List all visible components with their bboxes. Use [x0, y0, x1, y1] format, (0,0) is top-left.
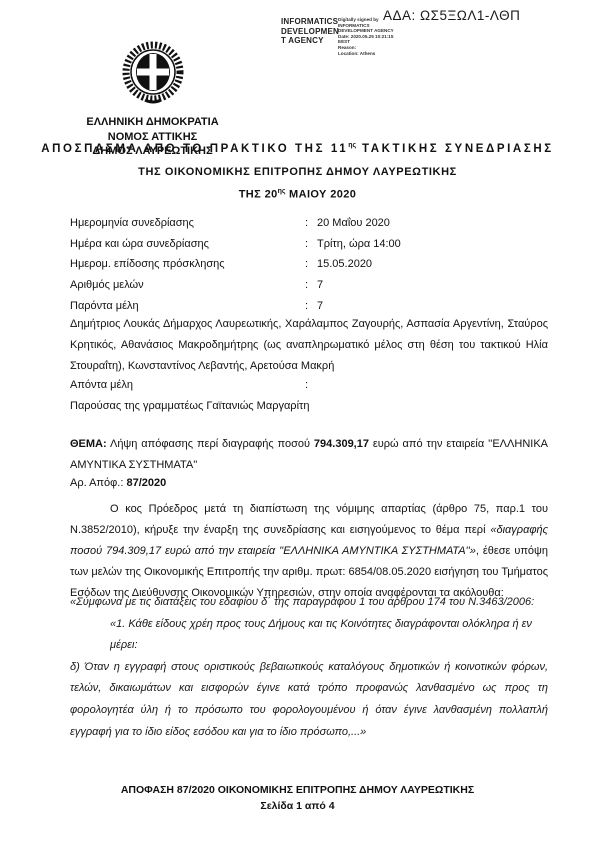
document-page: ΑΔΑ: ΩΣ5ΞΩΛ1-ΛΘΠ INFORMATICS DEVELOPMEN … — [0, 0, 595, 842]
document-title-block: ΑΠΟΣΠΑΣΜΑ ΑΠΟ ΤΟ ΠΡΑΚΤΙΚΟ ΤΗΣ 11ης ΤΑΚΤΙ… — [0, 142, 595, 200]
meta-row-invitation-date: Ημερομ. επίδοσης πρόσκλησης : 15.05.2020 — [70, 258, 548, 279]
footer-decision-line: ΑΠΟΦΑΣΗ 87/2020 ΟΙΚΟΝΟΜΙΚΗΣ ΕΠΙΤΡΟΠΗΣ ΔΗ… — [0, 783, 595, 799]
title-line-2: ΤΗΣ ΟΙΚΟΝΟΜΙΚΗΣ ΕΠΙΤΡΟΠΗΣ ΔΗΜΟΥ ΛΑΥΡΕΩΤΙ… — [0, 166, 595, 178]
session-meta-table: Ημερομηνία συνεδρίασης : 20 Μαΐου 2020 Η… — [70, 217, 548, 320]
subject-label: ΘΕΜΑ: — [70, 438, 107, 450]
meta-row-member-count: Αριθμός μελών : 7 — [70, 279, 548, 300]
agency-line-2: DEVELOPMEN — [281, 27, 341, 37]
subject-paragraph: ΘΕΜΑ: Λήψη απόφασης περί διαγραφής ποσού… — [70, 434, 548, 476]
greek-coat-of-arms-icon — [121, 40, 185, 111]
body-paragraph: Ο κος Πρόεδρος μετά τη διαπίστωση της νό… — [70, 499, 548, 604]
ordinal-superscript: ης — [278, 188, 286, 195]
signature-details: Digitally signed by INFORMATICS DEVELOPM… — [338, 17, 418, 56]
footer-page-number: Σελίδα 1 από 4 — [0, 799, 595, 815]
absent-members-row: Απόντα μέλη : — [70, 379, 548, 391]
signature-agency-name: INFORMATICS DEVELOPMEN T AGENCY — [281, 17, 341, 46]
quote-article-line: «1. Κάθε είδους χρέη προς τους Δήμους κα… — [110, 614, 548, 657]
legal-quote-block: «Σύμφωνα με τις διατάξεις του εδαφίου δ΄… — [70, 592, 548, 743]
title-line-1: ΑΠΟΣΠΑΣΜΑ ΑΠΟ ΤΟ ΠΡΑΚΤΙΚΟ ΤΗΣ 11ης ΤΑΚΤΙ… — [0, 142, 595, 155]
agency-line-3: T AGENCY — [281, 36, 341, 46]
subject-amount: 794.309,17 — [314, 438, 369, 450]
page-footer: ΑΠΟΦΑΣΗ 87/2020 ΟΙΚΟΝΟΜΙΚΗΣ ΕΠΙΤΡΟΠΗΣ ΔΗ… — [0, 783, 595, 814]
agency-line-1: INFORMATICS — [281, 17, 341, 27]
quote-paragraph-d: δ) Όταν η εγγραφή στους οριστικούς βεβαι… — [70, 657, 548, 743]
decision-number-line: Αρ. Απόφ.: 87/2020 — [70, 477, 166, 489]
decision-number-value: 87/2020 — [126, 477, 166, 489]
absent-members-label: Απόντα μέλη — [70, 379, 305, 391]
signature-detail-line: Location: Athens — [338, 51, 418, 57]
present-members-paragraph: Δημήτριος Λουκάς Δήμαρχος Λαυρεωτικής, Χ… — [70, 314, 548, 376]
header-authority-block: ΕΛΛΗΝΙΚΗ ΔΗΜΟΚΡΑΤΙΑ ΝΟΜΟΣ ΑΤΤΙΚΗΣ ΔΗΜΟΣ … — [55, 40, 250, 159]
header-republic: ΕΛΛΗΝΙΚΗ ΔΗΜΟΚΡΑΤΙΑ — [55, 115, 250, 130]
meta-row-session-date: Ημερομηνία συνεδρίασης : 20 Μαΐου 2020 — [70, 217, 548, 238]
ordinal-superscript: ης — [348, 142, 356, 149]
quote-intro-line: «Σύμφωνα με τις διατάξεις του εδαφίου δ΄… — [70, 592, 548, 614]
secretary-line: Παρούσας της γραμματέως Γαϊτανιώς Μαργαρ… — [70, 400, 548, 412]
title-line-3: ΤΗΣ 20ης ΜΑΙΟΥ 2020 — [0, 188, 595, 201]
meta-row-session-day-time: Ημέρα και ώρα συνεδρίασης : Τρίτη, ώρα 1… — [70, 238, 548, 259]
